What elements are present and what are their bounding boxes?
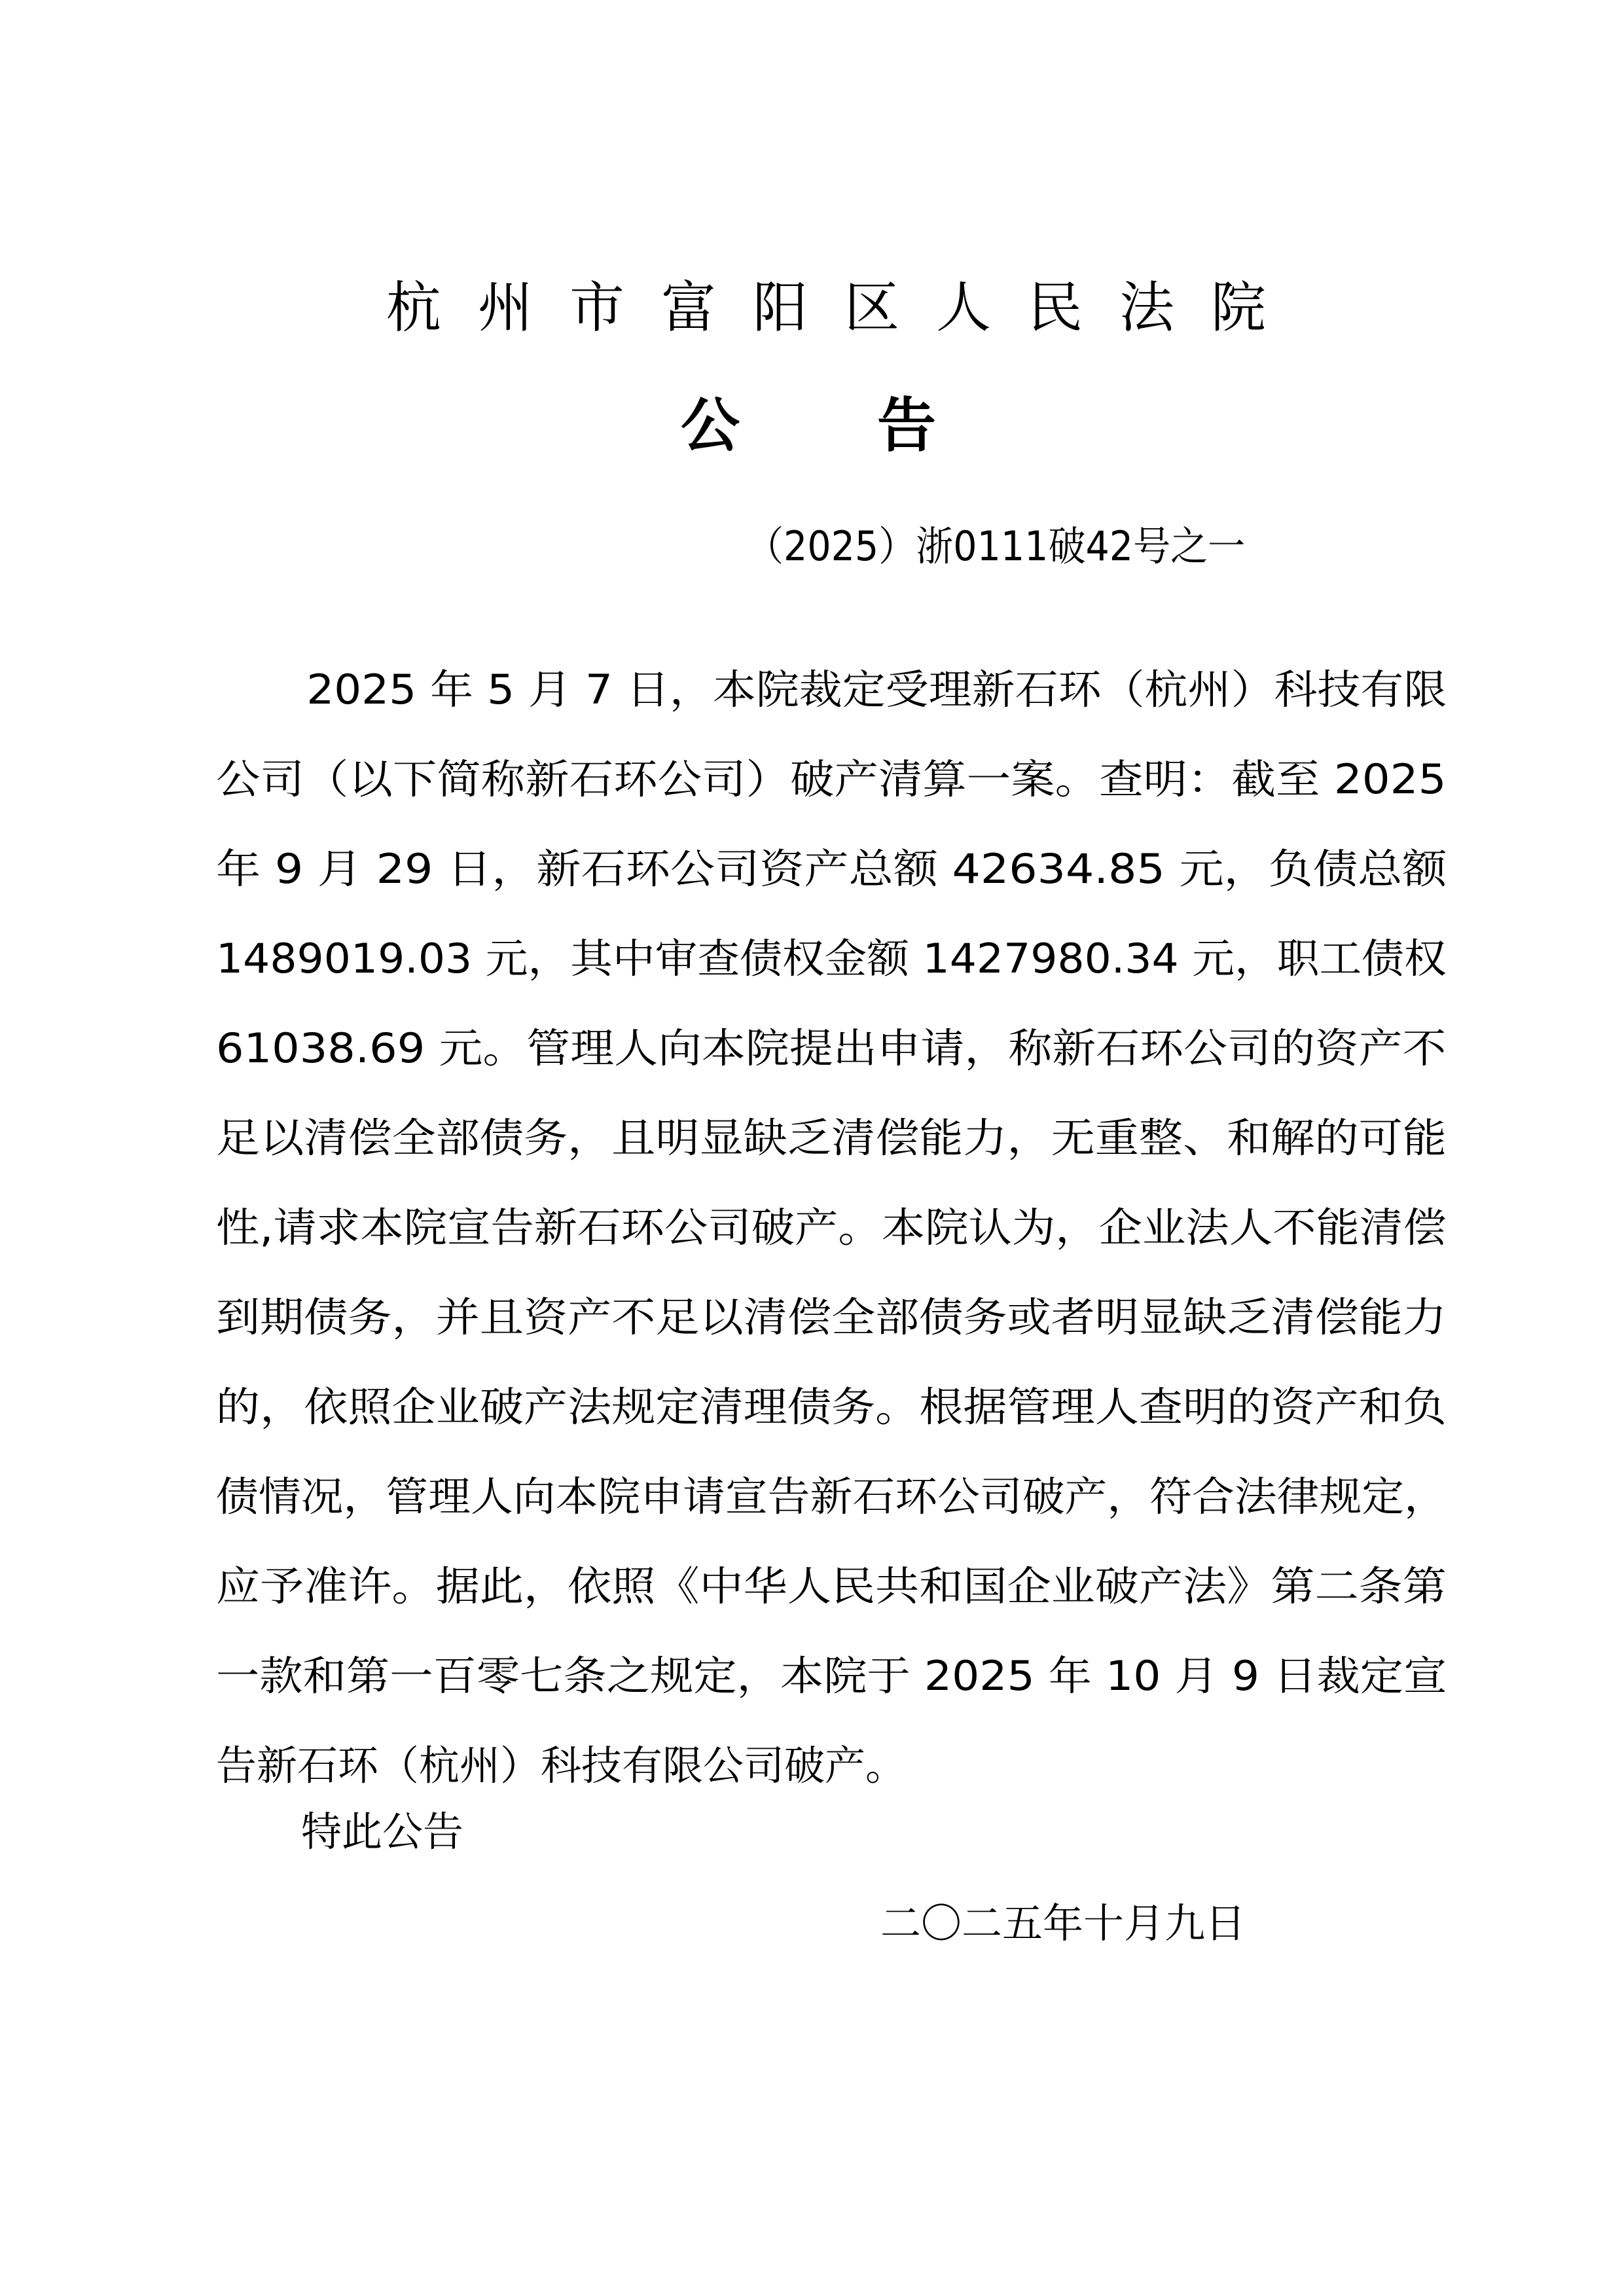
issue-date: 二〇二五年十月九日 — [880, 1878, 1246, 1968]
court-notice-page: 杭州市富阳区人民法院 公 告 （2025）浙0111破42号之一 2025 年 … — [0, 0, 1624, 2296]
body-line: 应予准许。据此，依照《中华人民共和国企业破产法》第二条第 — [216, 1541, 1549, 1631]
closing-statement: 特此公告 — [301, 1787, 463, 1876]
notice-body: 2025 年 5 月 7 日，本院裁定受理新石环（杭州）科技有限 公司（以下简称… — [216, 645, 1447, 1810]
body-line: 1489019.03 元，其中审查债权金额 1427980.34 元，职工债权 — [216, 914, 1501, 1003]
body-line: 61038.69 元。管理人向本院提出申请，称新石环公司的资产不 — [216, 1003, 1544, 1093]
body-line: 的，依照企业破产法规定清理债务。根据管理人查明的资产和负 — [216, 1362, 1549, 1452]
body-line: 公司（以下简称新石环公司）破产清算一案。查明：截至 2025 — [216, 734, 1555, 824]
body-line: 年 9 月 29 日，新石环公司资产总额 42634.85 元，负债总额 — [216, 824, 1569, 914]
body-line: 性,请求本院宣告新石环公司破产。本院认为，企业法人不能清偿 — [216, 1183, 1534, 1272]
body-line: 到期债务，并且资产不足以清偿全部债务或者明显缺乏清偿能力 — [216, 1272, 1549, 1362]
body-line: 足以清偿全部债务，且明显缺乏清偿能力，无重整、和解的可能 — [216, 1093, 1549, 1183]
body-line: 2025 年 5 月 7 日，本院裁定受理新石环（杭州）科技有限 — [216, 645, 1525, 734]
notice-title: 公 告 — [681, 386, 936, 465]
body-line: 债情况，管理人向本院申请宣告新石环公司破产，符合法律规定， — [216, 1452, 1503, 1541]
notice-title-char-2: 告 — [877, 386, 936, 465]
notice-title-char-1: 公 — [681, 386, 740, 465]
court-name-heading: 杭州市富阳区人民法院 — [386, 272, 1270, 344]
body-line: 一款和第一百零七条之规定，本院于 2025 年 10 月 9 日裁定宣 — [216, 1631, 1532, 1721]
case-number: （2025）浙0111破42号之一 — [746, 517, 1245, 576]
